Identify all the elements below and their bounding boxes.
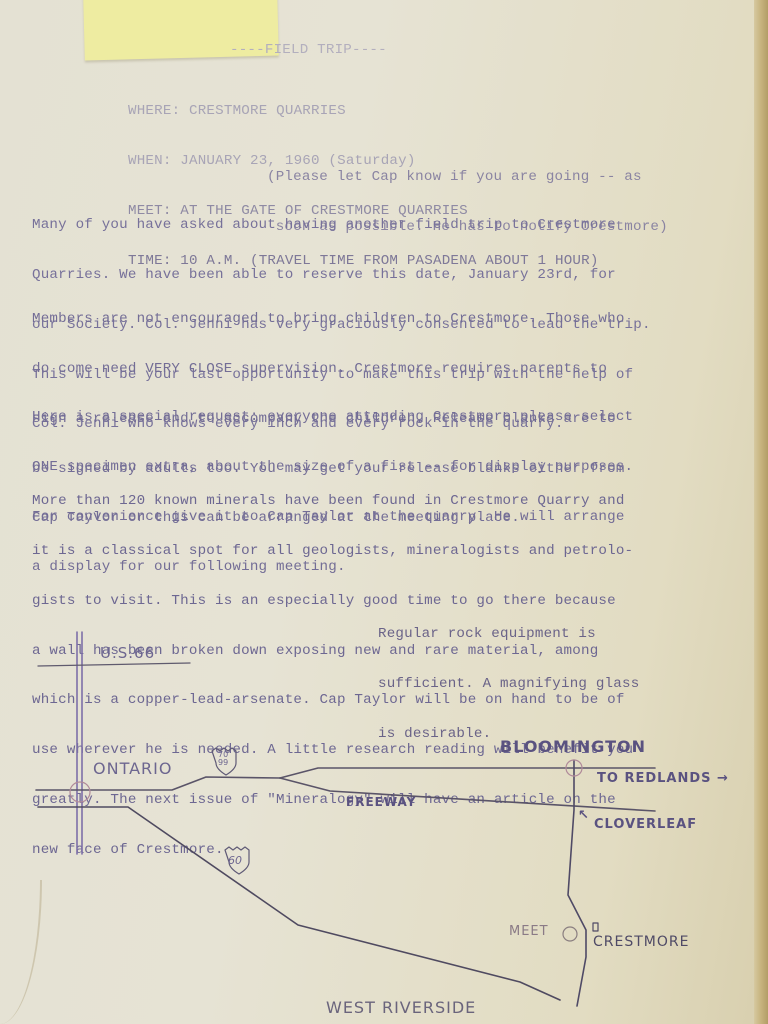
shield-60-label: 60 <box>228 854 242 867</box>
paragraph-line: it is a classical spot for all geologist… <box>32 543 633 560</box>
west-riverside-label: WEST RIVERSIDE <box>326 998 476 1017</box>
paragraph-line: Members are not encouraged to bring chil… <box>32 311 625 328</box>
to-redlands-label: TO REDLANDS → <box>597 771 729 786</box>
cloverleaf-label: CLOVERLEAF <box>594 817 697 832</box>
crestmore-label: CRESTMORE <box>593 934 689 950</box>
shield-99-label: 99 <box>218 759 228 767</box>
paragraph-line: Many of you have asked about having anot… <box>32 217 651 234</box>
bloomington-label: BLOOMINGTON <box>500 737 646 756</box>
route-map: U.S.66 ONTARIO 70 99 60 BLOOMINGTON TO R… <box>0 620 768 1024</box>
us66-label: U.S.66 <box>100 644 155 662</box>
freeway-label: FREEWAY <box>346 795 416 809</box>
paragraph-line: Here is a special request: everyone atte… <box>32 409 633 426</box>
ontario-label: ONTARIO <box>93 759 172 778</box>
meet-label: MEET <box>509 924 549 939</box>
paragraph-line: More than 120 known minerals have been f… <box>32 493 633 510</box>
cloverleaf-arrow-icon: ↖ <box>578 808 590 823</box>
document-title: ----FIELD TRIP---- <box>230 42 387 59</box>
detail-where: WHERE: CRESTMORE QUARRIES <box>128 103 599 120</box>
